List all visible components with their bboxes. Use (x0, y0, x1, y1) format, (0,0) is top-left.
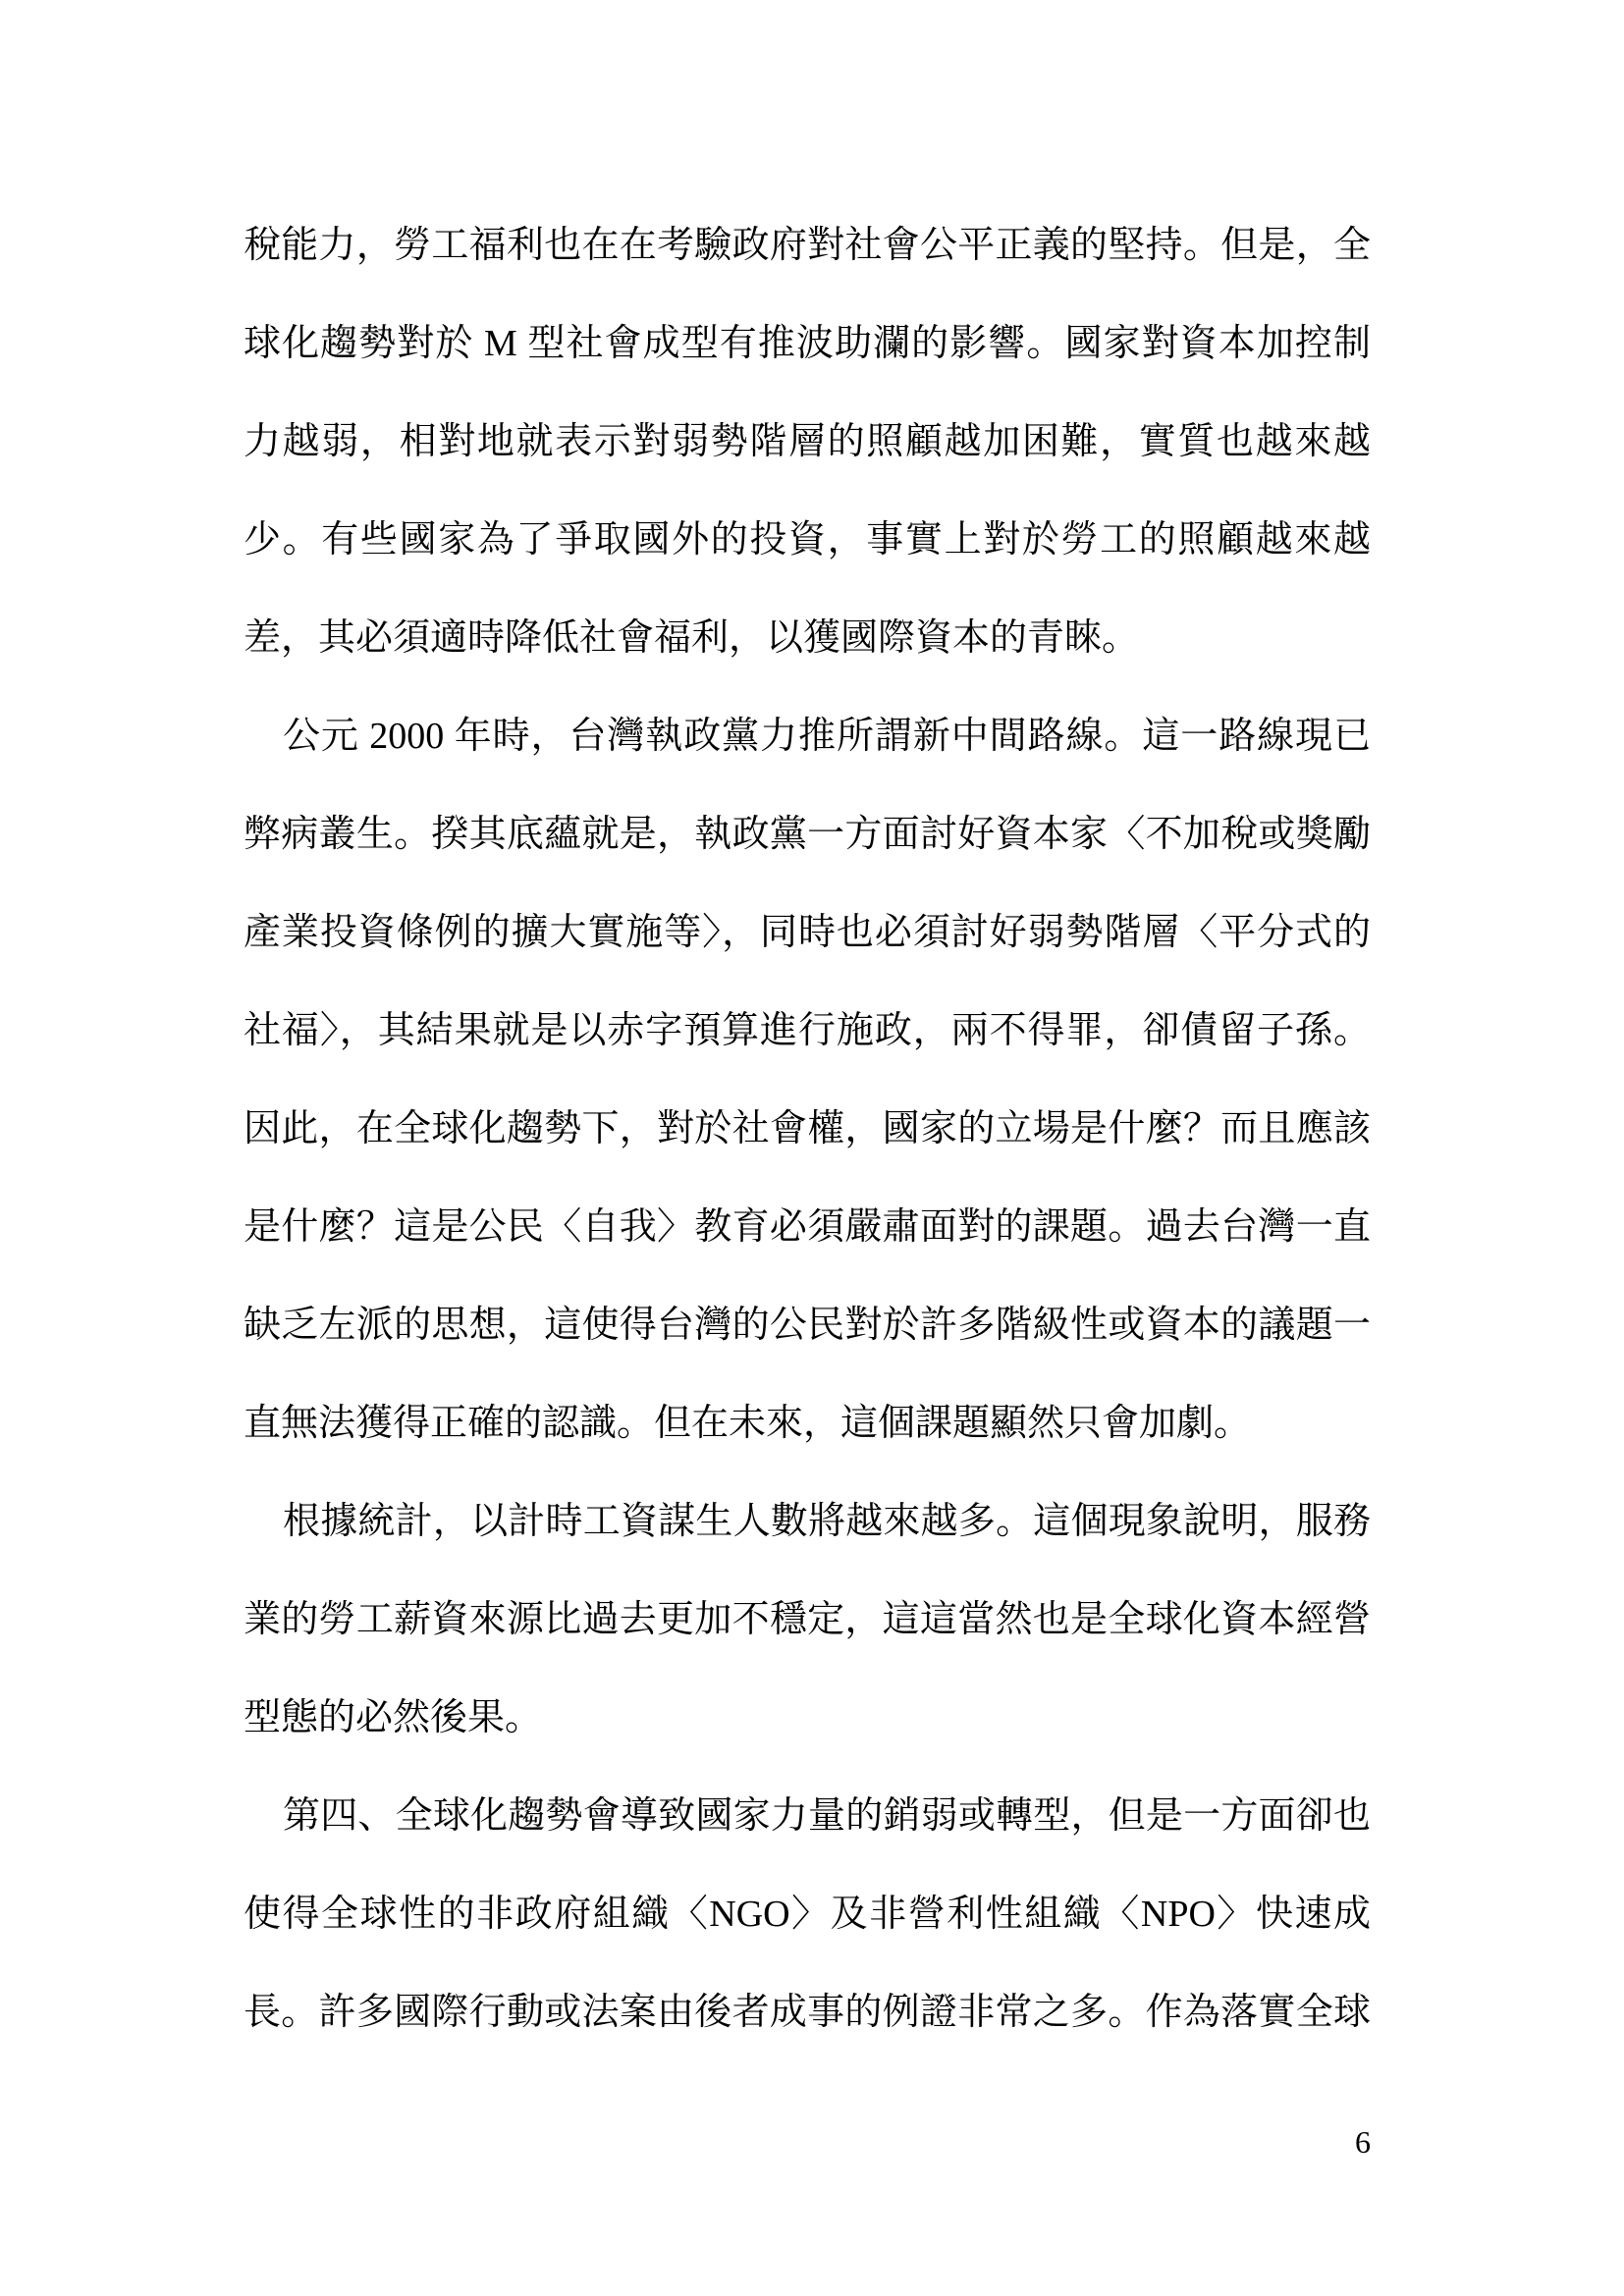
text-line: 差，其必須適時降低社會福利，以獲國際資本的青睞。 (244, 589, 1371, 687)
text-line: 因此，在全球化趨勢下，對於社會權，國家的立場是什麼？而且應該 (244, 1080, 1371, 1178)
page-number: 6 (1355, 2120, 1394, 2163)
text-line: 球化趨勢對於 M 型社會成型有推波助瀾的影響。國家對資本加控制 (244, 294, 1371, 393)
text-line: 少。有些國家為了爭取國外的投資，事實上對於勞工的照顧越來越 (244, 491, 1371, 589)
text-line: 公元 2000 年時，台灣執政黨力推所謂新中間路線。這一路線現已 (244, 687, 1371, 785)
text-line: 力越弱，相對地就表示對弱勢階層的照顧越加困難，實質也越來越 (244, 393, 1371, 491)
text-line: 稅能力，勞工福利也在在考驗政府對社會公平正義的堅持。但是，全 (244, 196, 1371, 294)
text-line: 弊病叢生。揆其底蘊就是，執政黨一方面討好資本家〈不加稅或獎勵 (244, 785, 1371, 883)
text-line: 第四、全球化趨勢會導致國家力量的銷弱或轉型，但是一方面卻也 (244, 1767, 1371, 1865)
text-line: 是什麼？這是公民〈自我〉教育必須嚴肅面對的課題。過去台灣一直 (244, 1178, 1371, 1276)
text-line: 產業投資條例的擴大實施等〉，同時也必須討好弱勢階層〈平分式的 (244, 883, 1371, 982)
document-page: 稅能力，勞工福利也在在考驗政府對社會公平正義的堅持。但是，全 球化趨勢對於 M … (0, 0, 1624, 2296)
text-line: 根據統計，以計時工資謀生人數將越來越多。這個現象說明，服務 (244, 1472, 1371, 1571)
text-line: 型態的必然後果。 (244, 1669, 1371, 1767)
text-line: 社福〉，其結果就是以赤字預算進行施政，兩不得罪，卻債留子孫。 (244, 982, 1371, 1080)
text-line: 使得全球性的非政府組織〈NGO〉及非營利性組織〈NPO〉快速成 (244, 1865, 1371, 1963)
text-line: 缺乏左派的思想，這使得台灣的公民對於許多階級性或資本的議題一 (244, 1276, 1371, 1374)
document-text-block: 稅能力，勞工福利也在在考驗政府對社會公平正義的堅持。但是，全 球化趨勢對於 M … (244, 196, 1371, 2061)
text-line: 長。許多國際行動或法案由後者成事的例證非常之多。作為落實全球 (244, 1963, 1371, 2061)
text-line: 業的勞工薪資來源比過去更加不穩定，這這當然也是全球化資本經營 (244, 1571, 1371, 1669)
text-line: 直無法獲得正確的認識。但在未來，這個課題顯然只會加劇。 (244, 1374, 1371, 1472)
